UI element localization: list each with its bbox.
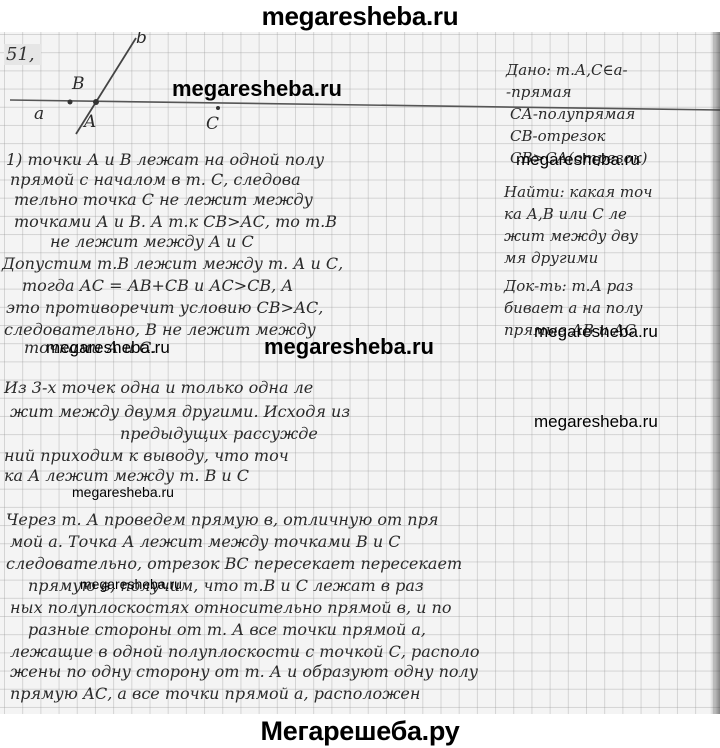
given-line: СА-полупрямая <box>510 104 635 124</box>
label-line-b: b <box>136 32 147 48</box>
given-line: Дано: т.А,С∈а- <box>506 60 628 80</box>
notebook-page: 51, b a B A C Дано: т.А,С∈а- -прямая СА-… <box>0 32 720 714</box>
given-line: бивает а на полу <box>504 298 643 318</box>
solution-line: точками А и В. А т.к СВ>АС, то т.В <box>14 212 337 232</box>
given-line: Найти: какая точ <box>504 182 652 202</box>
bottom-watermark-banner: Мегарешеба.ру <box>0 714 720 748</box>
label-point-c: C <box>206 114 219 134</box>
point-b-dot <box>68 100 73 105</box>
solution-line: следовательно, отрезок ВС пересекает пер… <box>6 554 462 574</box>
top-watermark-text: megaresheba.ru <box>262 1 459 31</box>
solution-line: жены по одну сторону от т. А и образуют … <box>10 662 478 682</box>
solution-line: 1) точки А и В лежат на одной полу <box>6 150 324 170</box>
solution-line: ка А лежит между т. В и С <box>4 466 249 486</box>
point-a-dot <box>93 99 99 105</box>
solution-line: прямую АС, а все точки прямой а, располо… <box>10 684 420 704</box>
solution-line: предыдущих рассужде <box>120 424 318 444</box>
solution-line: прямой с началом в т. С, следова <box>10 170 301 190</box>
solution-line: разные стороны от т. А все точки прямой … <box>28 620 426 640</box>
given-line: Док-ть: т.А раз <box>504 276 633 296</box>
solution-line: ных полуплоскостях относительно прямой в… <box>10 598 451 618</box>
solution-line: не лежит между А и С <box>50 232 254 252</box>
solution-line: Через т. А проведем прямую в, отличную о… <box>6 510 438 530</box>
given-line: СВ-отрезок <box>510 126 605 146</box>
solution-line: это противоречит условию СВ>АС, <box>6 298 323 318</box>
solution-line: лежащие в одной полуплоскости с точкой С… <box>10 642 480 662</box>
watermark: megaresheba.ru <box>46 338 170 358</box>
solution-line: Допустим т.В лежит между т. А и С, <box>2 254 343 274</box>
solution-line: Из 3-х точек одна и только одна ле <box>4 378 313 398</box>
solution-line: жит между двумя другими. Исходя из <box>10 402 350 422</box>
solution-line: тогда АС = АВ+СВ и АС>СВ, А <box>22 276 293 296</box>
label-point-a: A <box>84 112 96 132</box>
top-watermark-banner: megaresheba.ru <box>0 0 720 32</box>
given-line: -прямая <box>506 82 572 102</box>
watermark: megaresheba.ru <box>172 76 342 102</box>
given-line: мя другими <box>504 248 598 268</box>
watermark: megaresheba.ru <box>534 322 658 342</box>
label-line-a: a <box>34 104 44 124</box>
given-line: ка А,В или С ле <box>504 204 627 224</box>
solution-line: тельно точка С не лежит между <box>14 190 313 210</box>
label-point-b: B <box>72 74 85 94</box>
watermark: megaresheba.ru <box>80 576 182 592</box>
point-c-dot <box>216 106 220 110</box>
watermark: megaresheba.ru <box>534 412 658 432</box>
watermark: megaresheba.ru <box>264 334 434 360</box>
solution-line: мой а. Точка А лежит между точками В и С <box>10 532 400 552</box>
solution-line: ний приходим к выводу, что точ <box>4 446 289 466</box>
watermark: megaresheba.ru <box>72 484 174 500</box>
bottom-watermark-text: Мегарешеба.ру <box>261 716 460 746</box>
given-line: жит между дву <box>504 226 638 246</box>
watermark: megaresheba.ru <box>516 150 640 170</box>
